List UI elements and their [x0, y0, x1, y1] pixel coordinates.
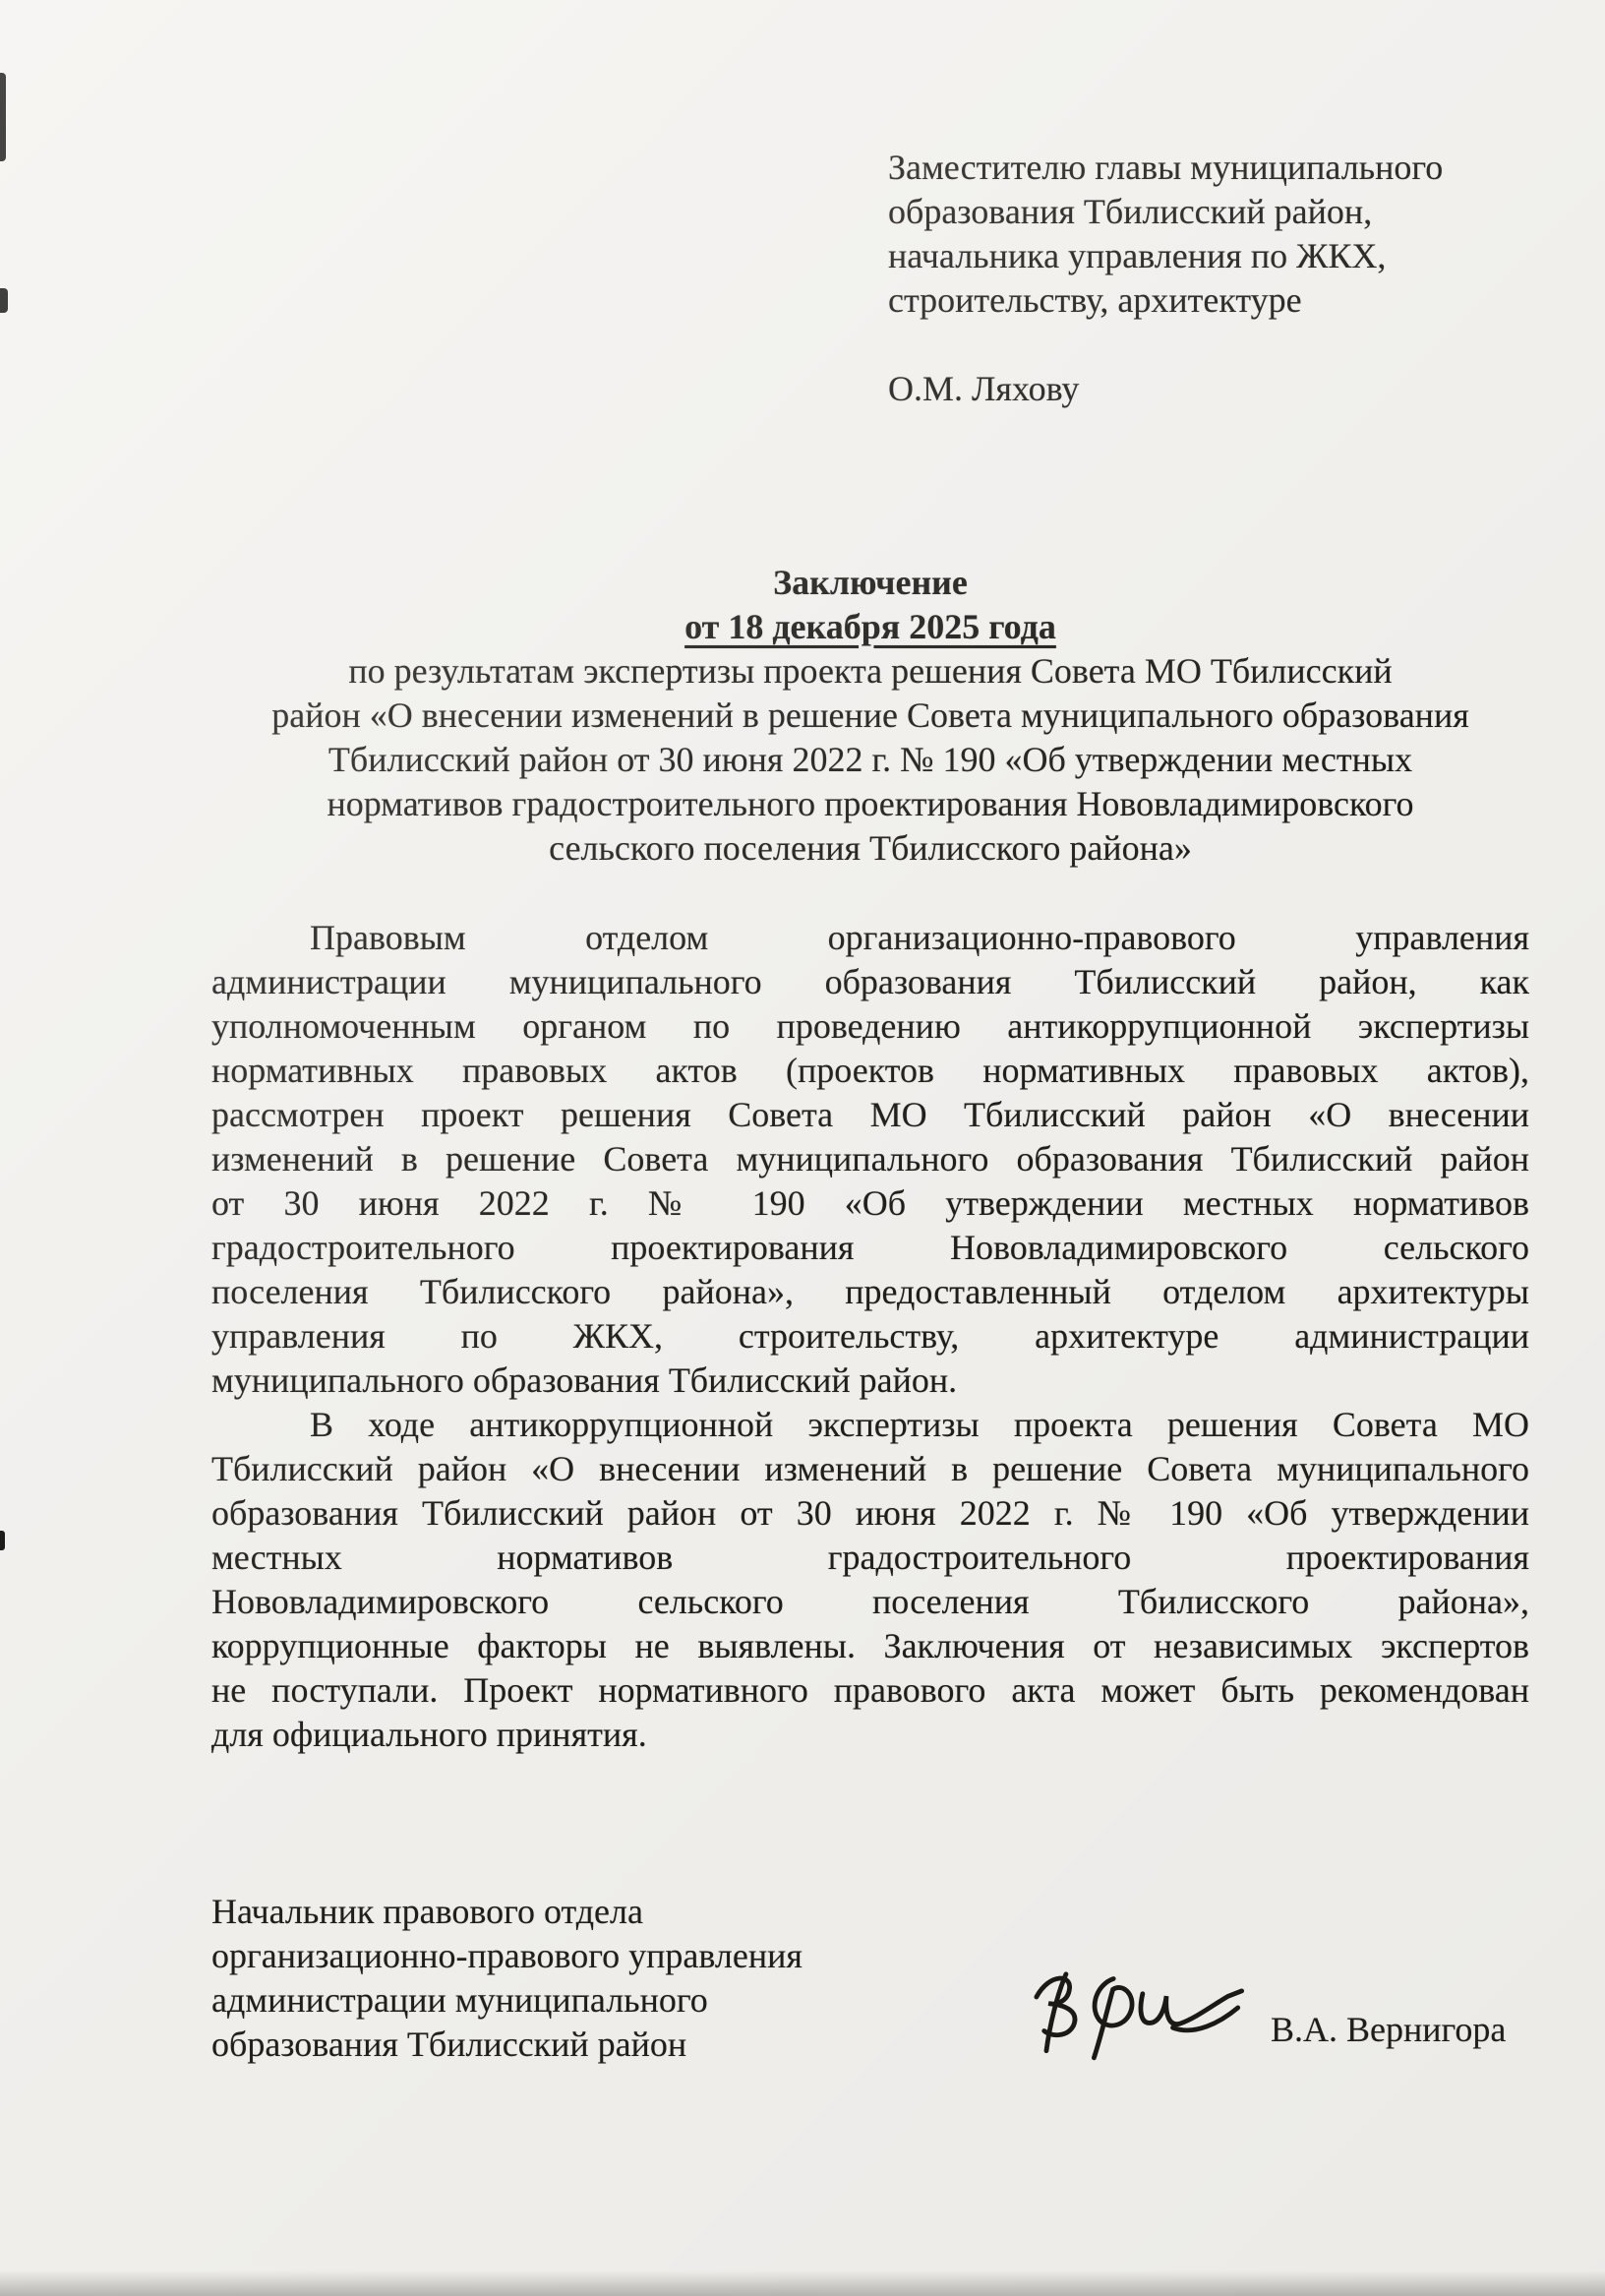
document-date: от 18 декабря 2025 года [211, 605, 1529, 649]
addressee-lines: Заместителю главы муниципальногообразова… [888, 146, 1537, 323]
text-line: муниципального образования Тбилисский ра… [211, 1359, 1529, 1403]
text-line: нормативов градостроительного проектиров… [211, 782, 1529, 826]
text-line: сельского поселения Тбилисского района» [211, 826, 1529, 871]
text-line: изменений в решение Совета муниципальног… [211, 1137, 1529, 1181]
text-line: В ходе антикоррупционной экспертизы прое… [211, 1403, 1529, 1447]
text-line: от 30 июня 2022 г. № 190 «Об утверждении… [211, 1181, 1529, 1226]
scan-artifact-mark [0, 73, 6, 161]
text-line: Начальник правового отдела [211, 1890, 900, 1934]
document-title: Заключение [211, 561, 1529, 605]
text-line: район «О внесении изменений в решение Со… [211, 694, 1529, 738]
text-line: уполномоченным органом по проведению ант… [211, 1004, 1529, 1049]
addressee-block: Заместителю главы муниципальногообразова… [888, 146, 1537, 411]
text-line: не поступали. Проект нормативного правов… [211, 1668, 1529, 1713]
text-line: образования Тбилисский район [211, 2023, 900, 2067]
text-line: Нововладимировского сельского поселения … [211, 1580, 1529, 1624]
text-line: образования Тбилисский район, [888, 190, 1537, 234]
document-subject: по результатам экспертизы проекта решени… [211, 649, 1529, 871]
signatory-name: В.А. Вернигора [1271, 2008, 1506, 2052]
text-line: рассмотрен проект решения Совета МО Тбил… [211, 1093, 1529, 1137]
text-line: строительству, архитектуре [888, 278, 1537, 323]
addressee-name: О.М. Ляхову [888, 367, 1537, 411]
text-line: начальника управления по ЖКХ, [888, 234, 1537, 278]
text-line: Тбилисский район «О внесении изменений в… [211, 1447, 1529, 1491]
text-line: Заместителю главы муниципального [888, 146, 1537, 190]
scanned-document-page: Заместителю главы муниципальногообразова… [0, 0, 1605, 2296]
text-line: нормативных правовых актов (проектов нор… [211, 1049, 1529, 1093]
scan-bottom-shadow [0, 2270, 1605, 2296]
scan-artifact-mark [0, 1531, 5, 1550]
text-line: администрации муниципального [211, 1978, 900, 2023]
text-line: коррупционные факторы не выявлены. Заклю… [211, 1624, 1529, 1668]
paragraph-1: Правовым отделом организационно-правовог… [211, 916, 1529, 1403]
text-line: местных нормативов градостроительного пр… [211, 1536, 1529, 1580]
text-line: администрации муниципального образования… [211, 960, 1529, 1004]
title-block: Заключение от 18 декабря 2025 года по ре… [211, 561, 1529, 871]
text-line: управления по ЖКХ, строительству, архите… [211, 1314, 1529, 1359]
text-line: организационно-правового управления [211, 1934, 900, 1978]
body-text: Правовым отделом организационно-правовог… [211, 916, 1529, 1757]
signatory-position-block: Начальник правового отделаорганизационно… [211, 1890, 900, 2067]
text-line: для официального принятия. [211, 1713, 1529, 1757]
paragraph-2: В ходе антикоррупционной экспертизы прое… [211, 1403, 1529, 1757]
text-line: по результатам экспертизы проекта решени… [211, 649, 1529, 694]
signatory-position-lines: Начальник правового отделаорганизационно… [211, 1890, 900, 2067]
text-line: поселения Тбилисского района», предостав… [211, 1270, 1529, 1314]
text-line: Правовым отделом организационно-правовог… [211, 916, 1529, 960]
scan-artifact-mark [0, 288, 8, 313]
text-line: Тбилисский район от 30 июня 2022 г. № 19… [211, 738, 1529, 782]
text-line: градостроительного проектирования Нововл… [211, 1226, 1529, 1270]
handwritten-signature [1018, 1952, 1259, 2072]
text-line: образования Тбилисский район от 30 июня … [211, 1491, 1529, 1536]
